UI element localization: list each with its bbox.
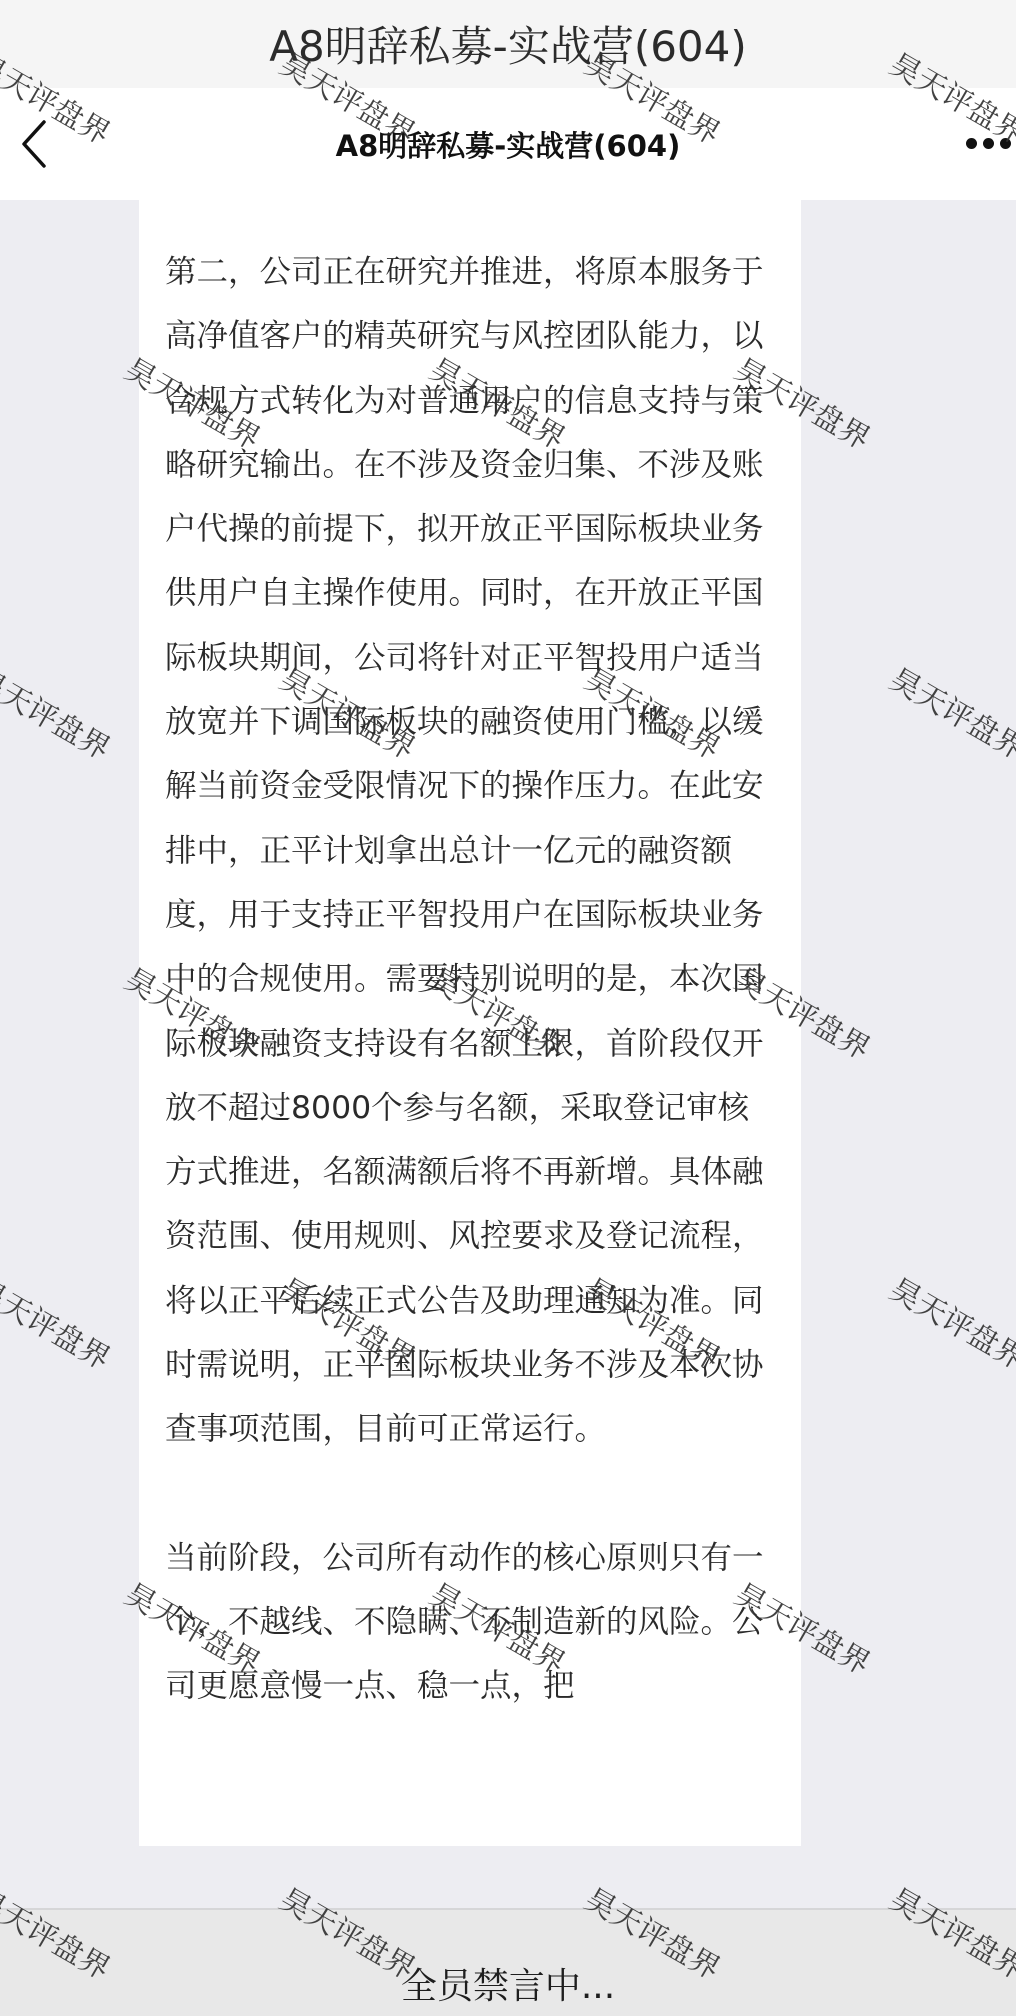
message-paragraph: 第二，公司正在研究并推进，将原本服务于高净值客户的精英研究与风控团队能力，以合规… (165, 240, 775, 1462)
message-card: 第二，公司正在研究并推进，将原本服务于高净值客户的精英研究与风控团队能力，以合规… (139, 200, 801, 1846)
more-dot (983, 138, 994, 149)
window-title: A8明辞私募-实战营(604) (0, 0, 1016, 88)
chat-navbar: A8明辞私募-实战营(604) (0, 88, 1016, 200)
mute-status-text: 全员禁言中... (401, 1958, 615, 2009)
more-button[interactable] (966, 128, 1016, 158)
chat-content-area[interactable]: 第二，公司正在研究并推进，将原本服务于高净值客户的精英研究与风控团队能力，以合规… (0, 200, 1016, 1908)
more-dots-icon (966, 138, 977, 149)
message-paragraph: 当前阶段，公司所有动作的核心原则只有一个，不越线、不隐瞒、不制造新的风险。公司更… (165, 1526, 775, 1719)
chat-title: A8明辞私募-实战营(604) (0, 124, 1016, 165)
input-bar-muted: 全员禁言中... (0, 1908, 1016, 2016)
window-title-text: A8明辞私募-实战营(604) (269, 14, 747, 74)
more-dot (1000, 138, 1011, 149)
